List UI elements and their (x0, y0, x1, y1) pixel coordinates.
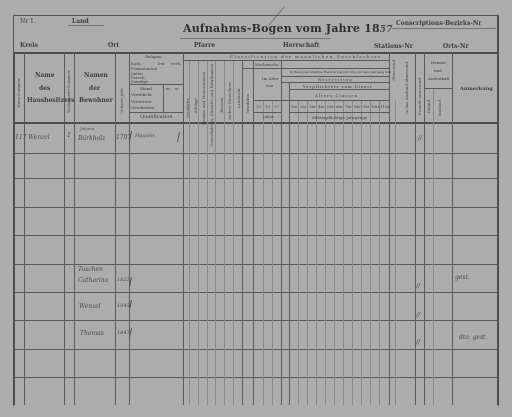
col-haus-nr (24, 52, 25, 405)
nachwuchs-foot: Jahre (263, 114, 274, 119)
reservisten-header: Reservisten (318, 77, 353, 82)
entry-6-marks: // (416, 312, 420, 319)
header-bottom-border (13, 122, 498, 124)
col-ac-9 (370, 100, 371, 405)
col-age-15 (272, 100, 273, 405)
entry-7-geburtsjahr: 1847 (117, 330, 130, 336)
age-col-2: 2te (300, 104, 307, 109)
stand-header: Stand (140, 86, 152, 91)
col-ac-3 (316, 100, 317, 405)
col-ac-1 (298, 100, 299, 405)
col-bewohner-end (115, 52, 116, 405)
anmerkung-header: Anmerkung (460, 86, 493, 92)
religion-col-led: led. (158, 61, 165, 66)
military-note: In Bezug auf künftige Rekrutirung pflich… (290, 70, 391, 74)
hausbesitzer-header-1: Name (35, 72, 55, 79)
vert-invaliden: Invaliden (245, 94, 250, 113)
vert-gewerbsleute: Gewerbsleute, Künstler und Fabrikanten (209, 64, 214, 147)
entry-7-marks: // (416, 339, 420, 346)
obligated-header: Verpflichtete zum Dienst (303, 84, 372, 89)
age-col-8: 8te (354, 104, 361, 109)
vert-inland: Inland (426, 100, 431, 113)
stand-row-geschieden: Geschieden (131, 105, 155, 110)
nachwuchs-header: Nachwuchs (255, 62, 279, 67)
entry-1-marks: // (418, 135, 422, 142)
religion-row-sonst: Sonstige (131, 79, 149, 84)
age-col-3: 3te (309, 104, 316, 109)
col-qualification-end (183, 52, 184, 405)
nachwuchs-sub-2: von (266, 83, 273, 88)
entry-7-bewohner-last: Thomas (80, 330, 104, 337)
col-ab-1 (395, 100, 396, 405)
vert-bauern: Bauern (219, 98, 224, 113)
col-age-13 (263, 100, 264, 405)
col-class-2 (198, 60, 199, 405)
age-col-4: 4te (318, 104, 325, 109)
vert-abwesend-inland: Abwesend (391, 60, 396, 81)
entry-6-bewohner-last: Wenzel (79, 303, 101, 310)
entry-1-hausbesitzer: Wenzel (28, 134, 50, 141)
religion-underline (129, 84, 183, 85)
vert-andere: Andere Einwohner (227, 82, 232, 120)
vert-geistliche: Geistliche (185, 98, 190, 118)
col-class-3 (207, 60, 208, 405)
col-ac-4 (325, 100, 326, 405)
heimat-1: Heimat (431, 60, 446, 65)
col-ac-10 (379, 100, 380, 405)
bewohner-header-1: Namen (84, 72, 108, 79)
vert-abwesend-ausland: in das Ausland Abwesend (404, 62, 409, 114)
col-border-left (13, 52, 15, 405)
nachwuchs-ages-underline (253, 112, 281, 113)
heimat-underline (424, 88, 452, 89)
col-heimat-mid (433, 88, 434, 405)
obligated-underline (289, 89, 389, 90)
col-ac-6 (343, 100, 344, 405)
stand-underline (129, 112, 183, 113)
col-heimat-end (452, 52, 453, 405)
col-class-7 (242, 60, 243, 405)
col-ac-5 (334, 100, 335, 405)
col-ac-2 (307, 100, 308, 405)
col-abwesend-end (415, 52, 416, 405)
stand-row-verwitwet: Verwitwet (131, 99, 152, 104)
age-col-1: 1te (291, 104, 298, 109)
col-nachwuchs-end (281, 60, 282, 405)
bewohner-header-3: Bewohner (79, 97, 113, 104)
col-fremde-end (424, 52, 425, 405)
haus-nr-header: Haus-Nummer (16, 78, 21, 108)
heimat-2: und (434, 68, 442, 73)
nachwuchs-underline (242, 68, 389, 69)
age-15: 15 (265, 104, 270, 109)
hausbesitzer-header-2: des (39, 85, 50, 92)
vert-adelige: Adelige (193, 98, 198, 113)
classification-header: Classification der männlichen Geschlecht… (230, 54, 382, 59)
entry-5-anmerkung: gest. (455, 274, 470, 281)
stand-col-m: m (166, 86, 170, 91)
entry-1-qualification: Häusler (135, 133, 155, 139)
col-geburtsjahr-end (129, 52, 130, 405)
reservisten-underline (281, 82, 389, 83)
entry-6-geburtsjahr: 1845 (117, 303, 130, 309)
col-ac-7 (352, 100, 353, 405)
entry-5-geburtsjahr: 1822 (117, 277, 130, 283)
age-17: 17 (274, 104, 279, 109)
age-classes-header: Alters-Classen (315, 93, 358, 98)
religion-header: Religion (145, 54, 162, 59)
entry-5-marks: // (416, 283, 420, 290)
entry-7-anmerkung: dto. gest. (459, 334, 487, 341)
ages-underline (253, 100, 389, 101)
col-reservisten-end (289, 82, 290, 405)
col-wohnpartei-end (74, 52, 75, 405)
entry-1-bewohner-first: Johann (80, 126, 94, 131)
entry-5-bewohner-last: Catharina (78, 277, 108, 284)
entry-5-bewohner-first: Toschen (78, 266, 103, 273)
entry-1-haus-nr: 117 (15, 134, 26, 141)
age-col-5: 5te (327, 104, 334, 109)
age-13: 13 (256, 104, 261, 109)
col-border-right (497, 15, 499, 405)
age-foot: Militärpflichtige Jahrgänge (312, 115, 367, 120)
religion-col-verh: verh. (171, 61, 181, 66)
age-col-7: 7te (345, 104, 352, 109)
entry-1-wohnpartei: 1 (67, 132, 71, 139)
entry-1-bewohner-last: Bürkholz (78, 135, 105, 142)
stand-col-w: w (175, 86, 178, 91)
stand-row-verehlicht: Verehlicht (131, 92, 152, 97)
agecols-underline (289, 112, 389, 113)
col-ac-8 (361, 100, 362, 405)
classification-underline (183, 60, 389, 61)
col-class-4 (215, 60, 216, 405)
vert-landwehr: Landwehr (236, 88, 241, 108)
age-col-10: 10te (371, 104, 380, 109)
bewohner-header-2: der (89, 85, 100, 92)
wohnpartei-header: Wohnpartei-Nummer (66, 70, 71, 113)
col-class-5 (224, 60, 225, 405)
census-form-sheet: Nr 1. Land Aufnahms-Bogen vom Jahre 1857… (0, 0, 512, 417)
nachwuchs-sub-1: Im Alter (262, 76, 279, 81)
age-col-9: 9te (363, 104, 370, 109)
col-hausbesitzer-end (64, 52, 65, 405)
col-class-6 (233, 60, 234, 405)
age-col-11: 11te (380, 104, 389, 109)
age-col-6: 6te (336, 104, 343, 109)
qualification-header: Qualification (140, 114, 172, 120)
geburtsjahr-header: Geburts-Jahr (119, 88, 124, 114)
vert-ausland: Ausland (437, 100, 442, 116)
vert-beamte: Beamte und Honoratioren (201, 72, 206, 125)
stand-col-divider (163, 84, 164, 112)
vert-fremde: Fremde anwesend (417, 78, 422, 115)
col-classification-end (389, 52, 390, 405)
heimat-3: Aufenthalt (428, 76, 449, 81)
